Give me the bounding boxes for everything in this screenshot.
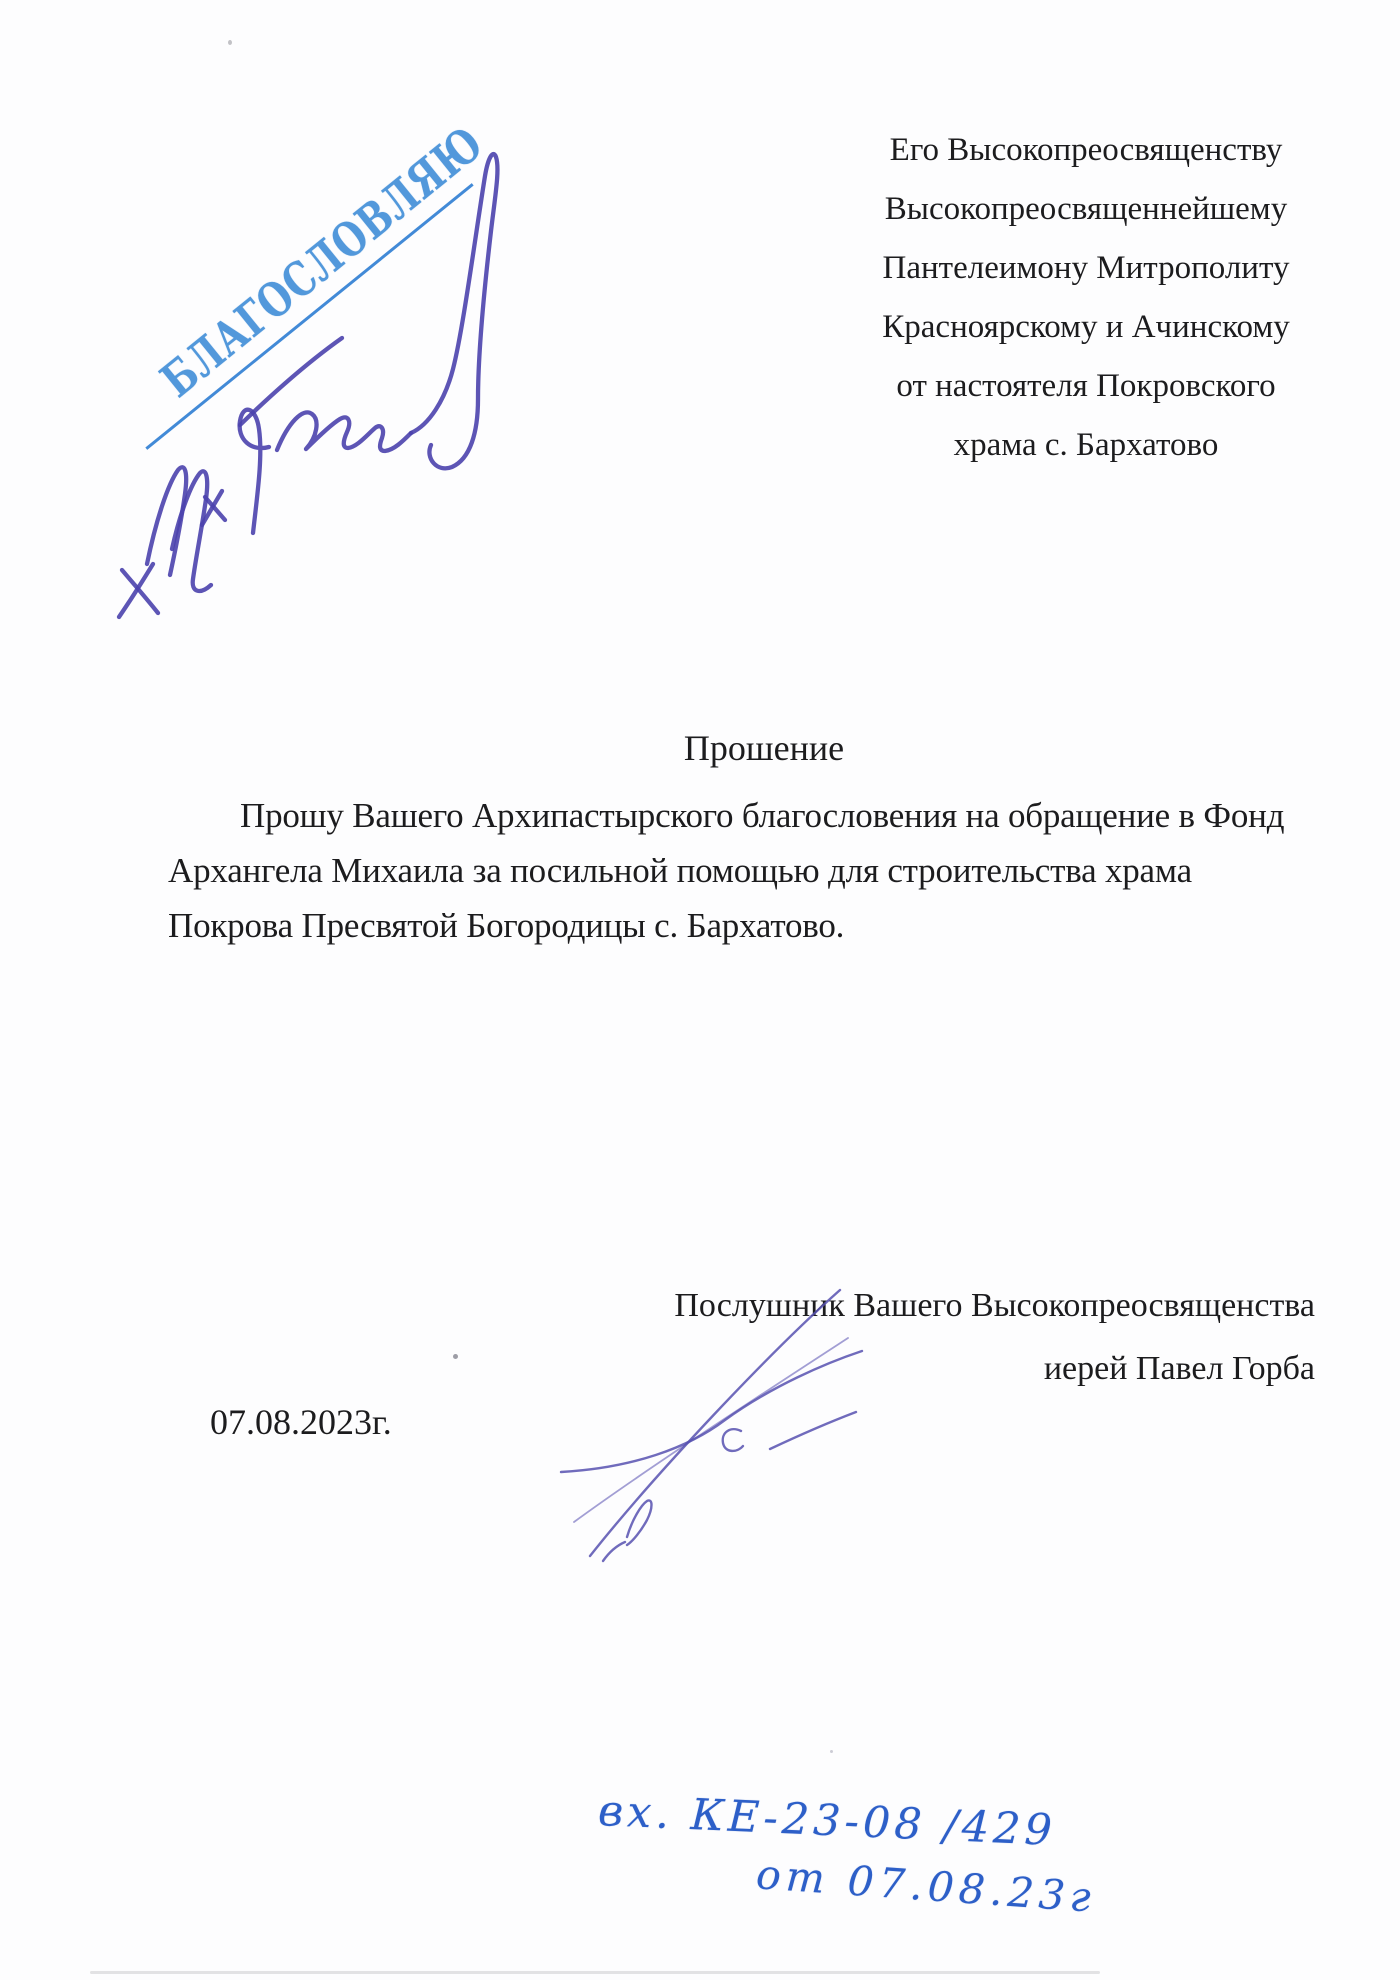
closing-block: Послушник Вашего Высокопреосвященства ие…	[615, 1274, 1315, 1400]
registration-date: от 07.08.23г	[755, 1850, 1097, 1922]
scan-speck	[228, 40, 232, 45]
scan-speck	[453, 1354, 458, 1359]
scan-smudge	[90, 1971, 1100, 1974]
closing-role-line: Послушник Вашего Высокопреосвященства	[615, 1274, 1315, 1337]
recipient-line: Пантелеимону Митрополиту	[866, 239, 1306, 298]
document-page: Его Высокопреосвященству Высокопреосвяще…	[0, 0, 1400, 1980]
blessing-stamp-text: БЛАГОСЛОВЛЯЮ	[151, 116, 494, 408]
recipient-line: Высокопреосвященнейшему	[866, 180, 1306, 239]
closing-name-line: иерей Павел Горба	[615, 1337, 1315, 1400]
registration-number: вх. КЕ-23-08 /429	[597, 1786, 1057, 1856]
petition-body-line: Прошу Вашего Архипастырского благословен…	[168, 788, 1278, 843]
petition-body-line: Покрова Пресвятой Богородицы с. Бархатов…	[168, 898, 1278, 953]
petition-body: Прошу Вашего Архипастырского благословен…	[168, 788, 1278, 953]
signature-strokes	[119, 154, 497, 617]
blessing-stamp-underline	[145, 183, 473, 450]
blessing-stamp: БЛАГОСЛОВЛЯЮ	[108, 137, 495, 476]
recipient-line: от настоятеля Покровского	[866, 357, 1306, 416]
petition-body-line: Архангела Михаила за посильной помощью д…	[168, 843, 1278, 898]
document-date: 07.08.2023г.	[210, 1402, 392, 1442]
petition-title: Прошение	[464, 728, 1064, 768]
recipient-line: Его Высокопреосвященству	[866, 121, 1306, 180]
recipient-line: Красноярскому и Ачинскому	[866, 298, 1306, 357]
scan-speck	[830, 1750, 833, 1753]
recipient-block: Его Высокопреосвященству Высокопреосвяще…	[866, 121, 1306, 475]
recipient-line: храма с. Бархатово	[866, 416, 1306, 475]
